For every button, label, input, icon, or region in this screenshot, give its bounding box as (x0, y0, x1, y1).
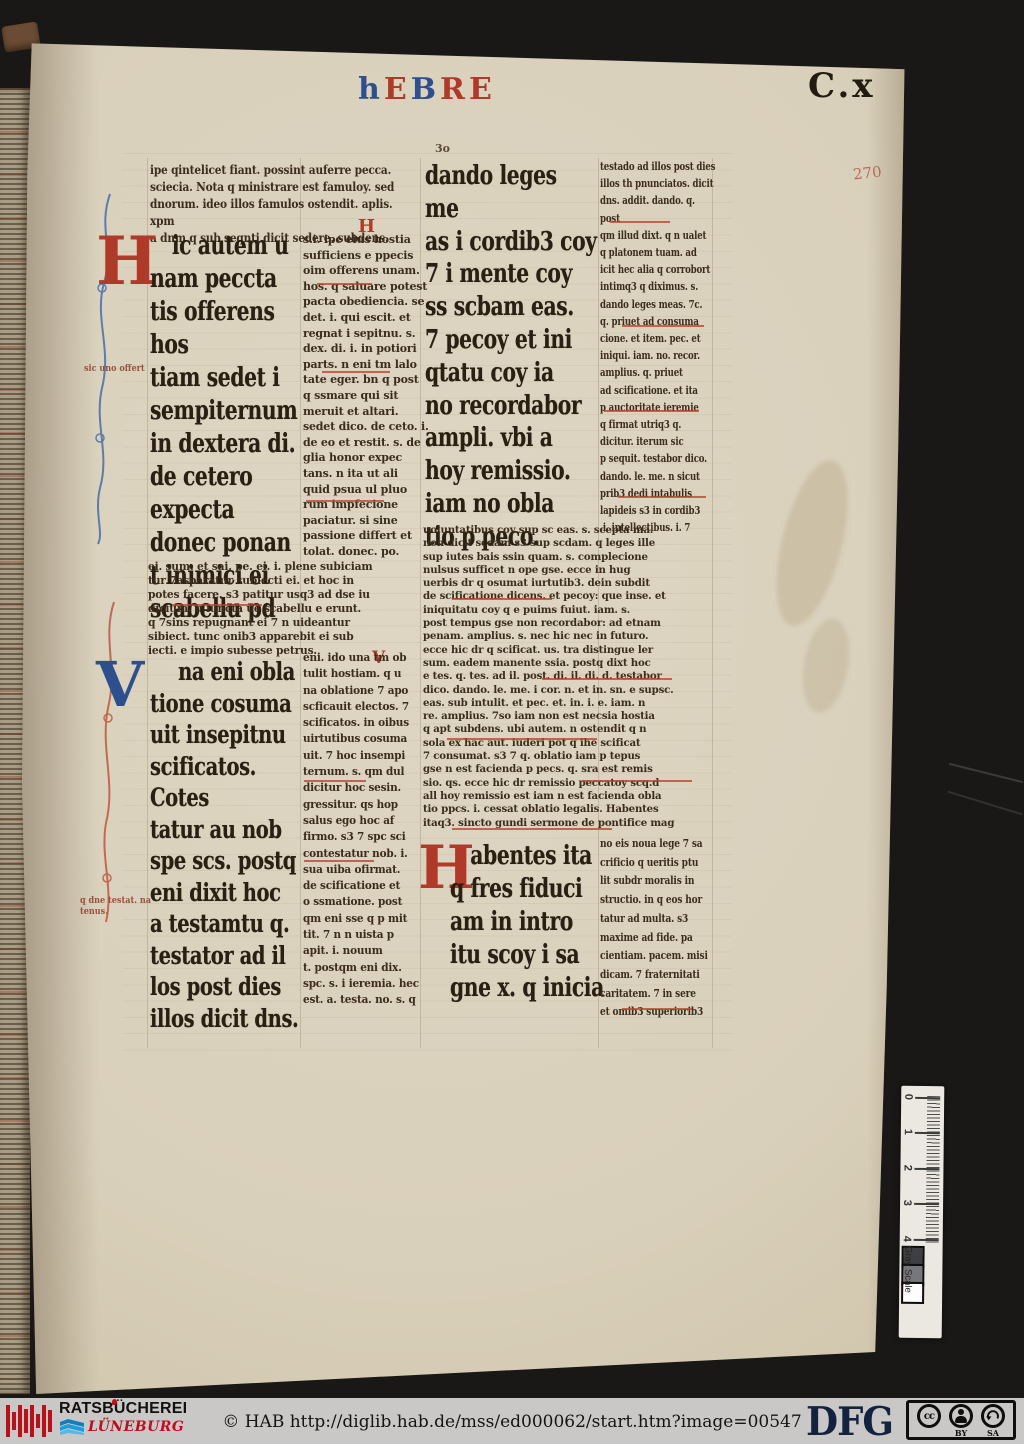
ruler-major-tick (914, 1203, 939, 1205)
quire-mark: 3o (435, 142, 450, 155)
gloss-column-habentes: no eis noua lege 7 sa crificio q ueritis… (600, 835, 723, 1022)
initial-v-una: V (96, 654, 144, 716)
lemma-lines: dando leges me as i cordib3 coy 7 i ment… (425, 160, 597, 554)
book-clip-glint (947, 791, 1022, 816)
gray-scale-label: Gray Scale (902, 1246, 914, 1306)
red-underline-mark (452, 598, 552, 600)
running-title: hEBRE (358, 72, 496, 107)
gloss-column-dando: testado ad illos post dies illos th pnun… (600, 158, 717, 536)
red-underline-mark (622, 325, 704, 327)
ruler-major-tick (915, 1097, 940, 1099)
lemma-column-una: na eni obla tione cosuma uit insepitnu s… (150, 656, 306, 1034)
ruler-number: 4 (901, 1233, 913, 1245)
cc-license-badge: cc BY SA (906, 1400, 1016, 1440)
margin-note: sic uno offert (84, 364, 145, 374)
folio-number: 270 (852, 163, 882, 184)
umlaut-drop-icon (112, 1399, 117, 1405)
ruler-major-tick (914, 1168, 939, 1170)
red-underline-mark (322, 371, 390, 373)
gloss-column-hic: s.i. ipe eius hostia sufficiens e ppecis… (303, 232, 443, 559)
ruler-major-tick (914, 1239, 939, 1241)
lemma-column-dando: dando leges me as i cordib3 coy 7 i ment… (425, 160, 597, 554)
by-column: BY (949, 1404, 973, 1438)
red-underline-mark (317, 283, 372, 285)
by-person-icon (949, 1404, 973, 1428)
ruler-number: 3 (901, 1197, 913, 1209)
red-underline-mark (304, 780, 366, 782)
red-underline-mark (582, 780, 692, 782)
red-underline-mark (304, 860, 374, 862)
by-label: BY (955, 1429, 967, 1438)
ruler-number: 0 (902, 1091, 914, 1103)
sa-arrow-icon (981, 1404, 1005, 1428)
red-underline-mark (604, 410, 699, 412)
manuscript-page: hEBRE C.x 270 3o ipe qintelicet fiant. p… (22, 38, 908, 1394)
dfg-logo: DFG (806, 1398, 893, 1444)
chapter-mark: C.x (808, 66, 876, 106)
red-underline-mark (447, 738, 597, 740)
lemma-line: abentes ita (450, 840, 614, 873)
red-underline-mark (452, 828, 612, 830)
red-underline-mark (542, 678, 672, 680)
lemma-line: na eni obla (150, 656, 306, 688)
measuring-ruler: 0 1 2 3 4 Gray Scale (899, 1086, 945, 1338)
red-underline-mark (306, 500, 384, 502)
ruler-number: 2 (901, 1162, 913, 1174)
digitized-manuscript-photo: hEBRE C.x 270 3o ipe qintelicet fiant. p… (0, 0, 1024, 1444)
ruler-major-tick (915, 1132, 940, 1134)
lemma-lines: q fres fiduci am in intro itu scoy i sa … (450, 873, 614, 1005)
red-underline-mark (618, 496, 706, 498)
running-title-letter: E (469, 72, 496, 107)
parchment-stain (762, 453, 861, 632)
cc-letters: cc (924, 1411, 934, 1422)
parchment-stain (796, 615, 856, 716)
sa-column: SA (981, 1404, 1005, 1438)
running-title-letter: E (384, 72, 411, 107)
sa-label: SA (987, 1429, 999, 1438)
margin-note: q dne testat. na tenus. (80, 896, 151, 918)
red-underline-mark (610, 221, 670, 223)
initial-h-hic: H (96, 228, 158, 294)
gloss-block-mid-a: ei. sum. et sai. pe. ei. i. plene subici… (148, 560, 439, 658)
lemma-lines: tione cosuma uit insepitnu scificatos. C… (150, 688, 306, 1035)
lemma-column-habentes: abentes ita q fres fiduci am in intro it… (450, 840, 614, 1005)
gloss-block-mid-b: uoluntatibus coy sup sc eas. s. scepta m… (423, 524, 714, 830)
running-title-letter: R (440, 72, 469, 107)
ruler-number: 1 (902, 1126, 914, 1138)
running-title-letter: B (411, 72, 440, 107)
book-clip-glint (949, 763, 1023, 783)
red-underline-mark (622, 1008, 692, 1010)
lemma-line: ic autem u (150, 230, 306, 263)
red-underline-mark (172, 604, 262, 606)
running-title-letter: h (358, 72, 384, 107)
cc-icon: cc (917, 1404, 941, 1428)
cc-column: cc (917, 1404, 941, 1428)
